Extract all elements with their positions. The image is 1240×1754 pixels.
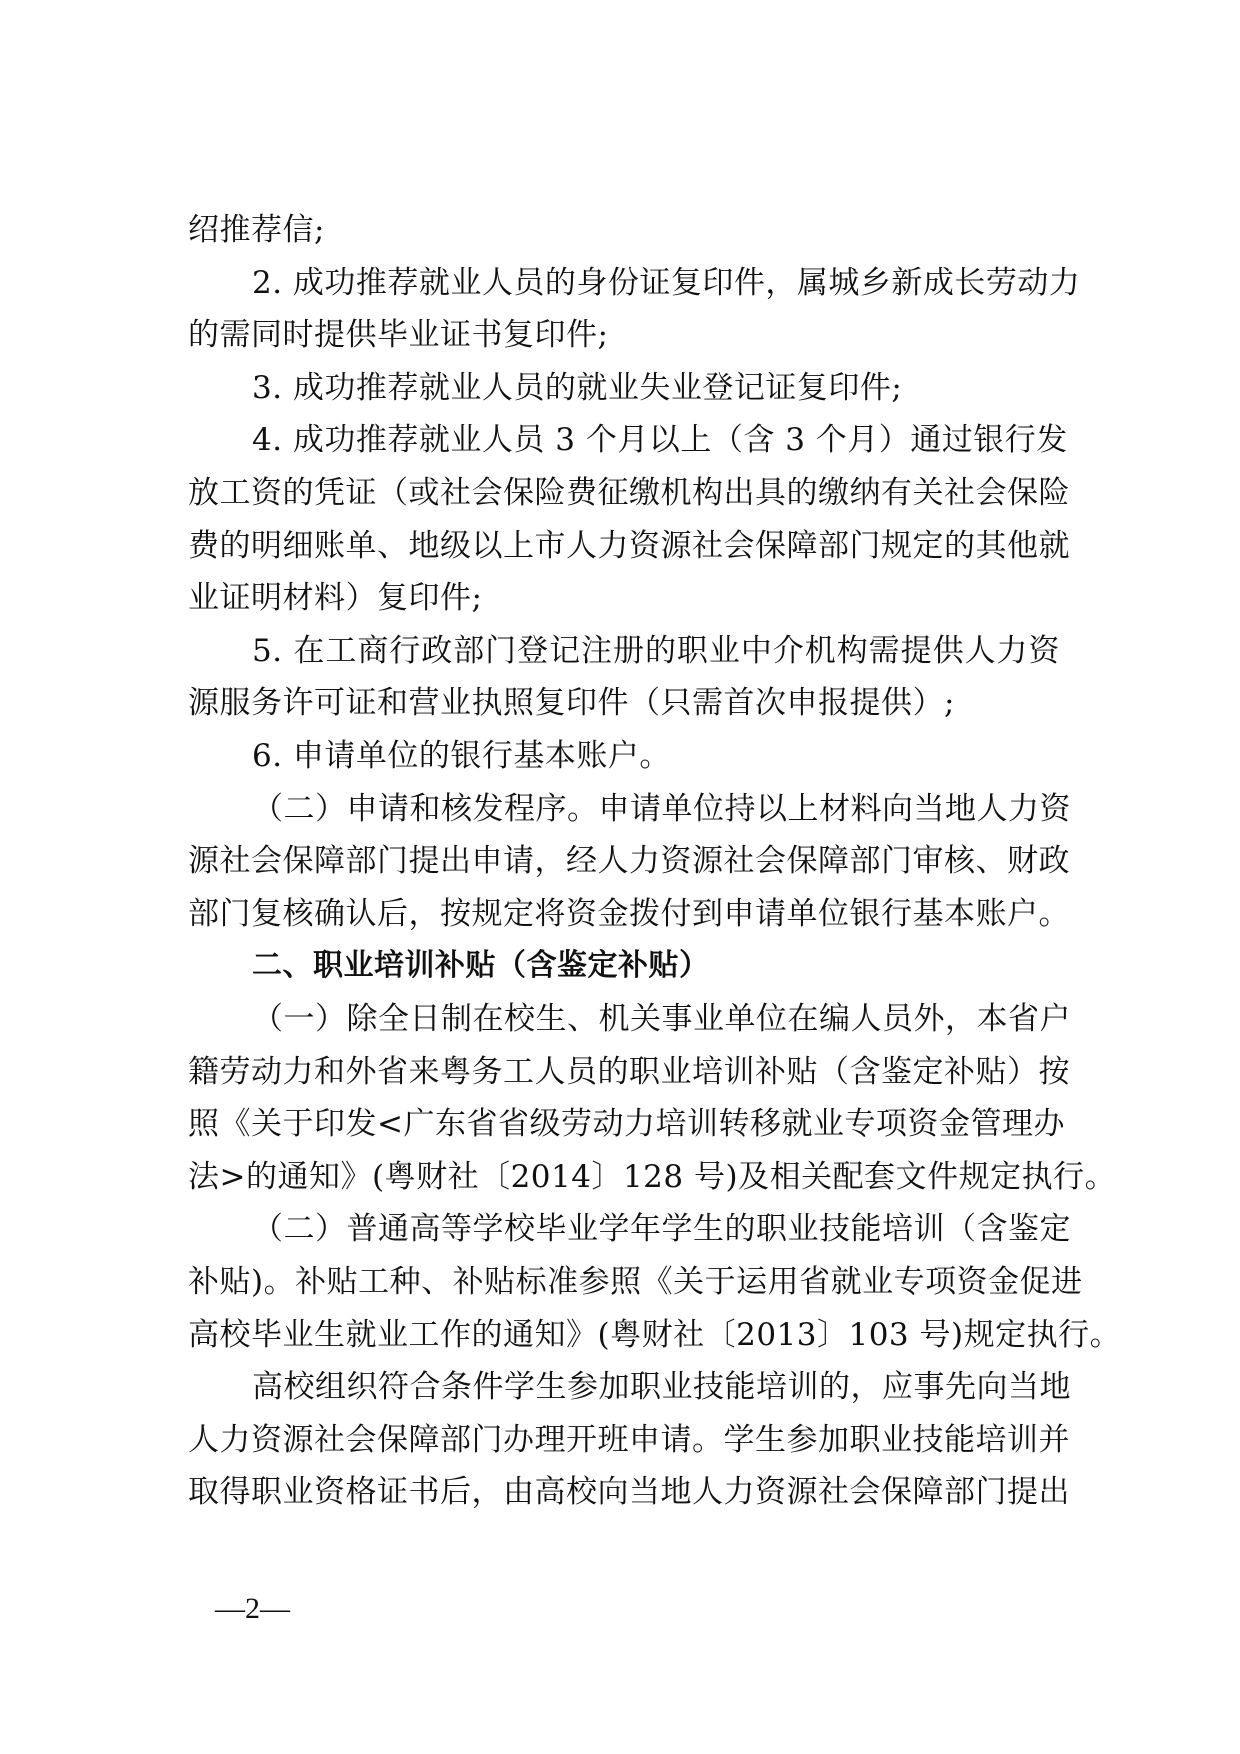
text-line: 6. 申请单位的银行基本账户。 xyxy=(252,731,1060,781)
text-line: 3. 成功推荐就业人员的就业失业登记证复印件; xyxy=(252,363,1060,413)
text-line: 5. 在工商行政部门登记注册的职业中介机构需提供人力资 xyxy=(252,626,1060,676)
text-line: 高校毕业生就业工作的通知》(粤财社〔2013〕103 号)规定执行。 xyxy=(188,1310,1060,1360)
document-page: 绍推荐信;2. 成功推荐就业人员的身份证复印件，属城乡新成长劳动力的需同时提供毕… xyxy=(0,0,1240,1754)
text-line: 法>的通知》(粤财社〔2014〕128 号)及相关配套文件规定执行。 xyxy=(188,1152,1060,1202)
text-line: 部门复核确认后，按规定将资金拨付到申请单位银行基本账户。 xyxy=(188,889,1060,939)
text-line: 人力资源社会保障部门办理开班申请。学生参加职业技能培训并 xyxy=(188,1415,1060,1465)
text-line: 的需同时提供毕业证书复印件; xyxy=(188,310,1060,360)
text-line: 4. 成功推荐就业人员 3 个月以上（含 3 个月）通过银行发 xyxy=(252,415,1060,465)
text-line: （二）申请和核发程序。申请单位持以上材料向当地人力资 xyxy=(252,784,1060,834)
text-line: 2. 成功推荐就业人员的身份证复印件，属城乡新成长劳动力 xyxy=(252,258,1060,308)
text-line: 补贴)。补贴工种、补贴标准参照《关于运用省就业专项资金促进 xyxy=(188,1257,1060,1307)
text-line: 籍劳动力和外省来粤务工人员的职业培训补贴（含鉴定补贴）按 xyxy=(188,1047,1060,1097)
text-line: 高校组织符合条件学生参加职业技能培训的，应事先向当地 xyxy=(252,1362,1060,1412)
text-line: （一）除全日制在校生、机关事业单位在编人员外，本省户 xyxy=(252,994,1060,1044)
text-line: 源社会保障部门提出申请，经人力资源社会保障部门审核、财政 xyxy=(188,836,1060,886)
text-line: 放工资的凭证（或社会保险费征缴机构出具的缴纳有关社会保险 xyxy=(188,468,1060,518)
section-heading: 二、职业培训补贴（含鉴定补贴） xyxy=(252,941,1060,991)
text-line: 业证明材料）复印件; xyxy=(188,573,1060,623)
text-line: 绍推荐信; xyxy=(188,205,1060,255)
text-line: 取得职业资格证书后，由高校向当地人力资源社会保障部门提出 xyxy=(188,1467,1060,1517)
text-line: 照《关于印发<广东省省级劳动力培训转移就业专项资金管理办 xyxy=(188,1099,1060,1149)
text-line: （二）普通高等学校毕业学年学生的职业技能培训（含鉴定 xyxy=(252,1204,1060,1254)
text-line: 费的明细账单、地级以上市人力资源社会保障部门规定的其他就 xyxy=(188,521,1060,571)
page-number: —2— xyxy=(215,1592,290,1626)
text-line: 源服务许可证和营业执照复印件（只需首次申报提供）; xyxy=(188,678,1060,728)
